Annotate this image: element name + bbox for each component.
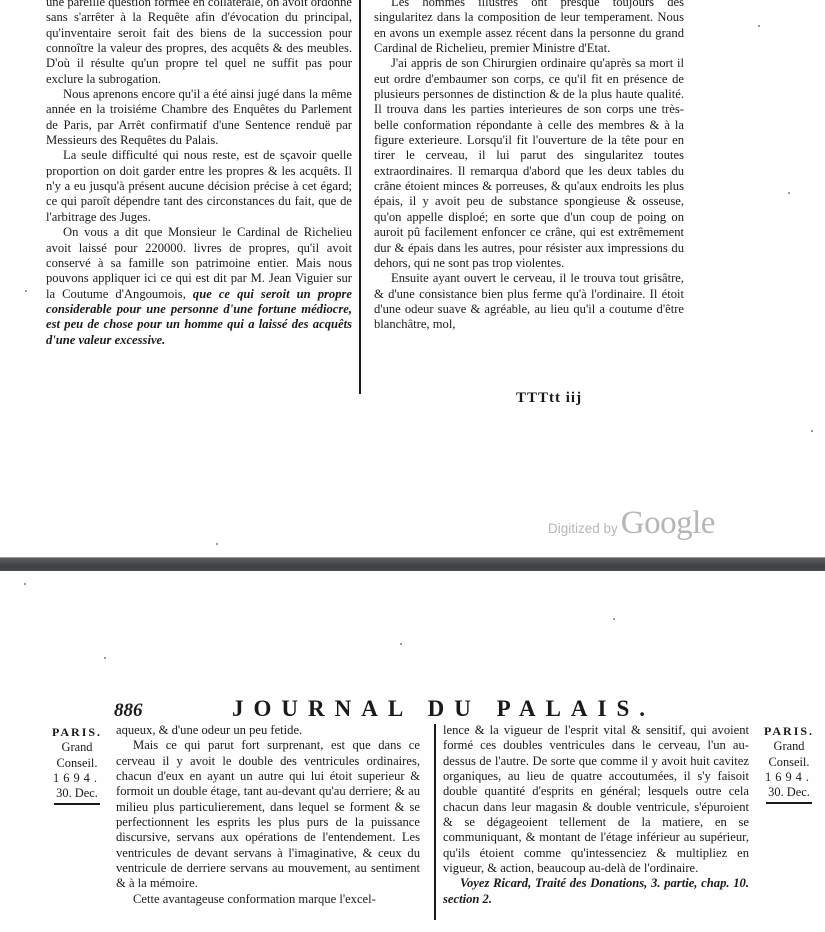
paragraph: lence & la vigueur de l'esprit vital & s… <box>443 723 749 876</box>
margin-date: 30. Dec. <box>44 786 110 801</box>
google-logo: Google <box>621 505 715 542</box>
page-number: 886 <box>114 700 143 722</box>
watermark-prefix: Digitized by <box>548 521 618 536</box>
citation: Voyez Ricard, Traité des Donations, 3. p… <box>443 876 749 907</box>
scan-speck <box>788 192 790 194</box>
margin-court: Grand <box>754 739 824 754</box>
scan-speck <box>400 643 402 645</box>
scan-speck <box>758 25 760 27</box>
scan-speck <box>811 430 813 432</box>
left-margin-note: PARIS. Grand Conseil. 1694. 30. Dec. <box>44 725 110 805</box>
signature-mark: TTTtt iij <box>516 390 582 407</box>
digitized-by-google-watermark: Digitized by Google <box>548 505 715 542</box>
paragraph: une pareille question formée en collater… <box>46 0 352 87</box>
scan-speck <box>104 657 106 659</box>
paragraph: aqueux, & d'une odeur un peu fetide. <box>116 723 420 738</box>
running-title: JOURNAL DU PALAIS. <box>232 696 655 722</box>
paragraph: On vous a dit que Monsieur le Cardinal d… <box>46 225 352 348</box>
margin-city: PARIS. <box>44 725 110 740</box>
paragraph: Mais ce qui parut fort surprenant, est q… <box>116 738 420 891</box>
top-page-scan: une pareille question formée en collater… <box>0 0 825 557</box>
column-divider <box>359 0 361 394</box>
bottom-right-column: lence & la vigueur de l'esprit vital & s… <box>443 723 749 907</box>
margin-city: PARIS. <box>754 724 824 739</box>
paragraph: J'ai appris de son Chirurgien ordinaire … <box>374 56 684 271</box>
margin-court: Conseil. <box>44 756 110 771</box>
column-divider <box>434 724 436 920</box>
paragraph: Les hommes illustres ont presque toujour… <box>374 0 684 56</box>
paragraph: Ensuite ayant ouvert le cerveau, il le t… <box>374 271 684 332</box>
right-margin-note: PARIS. Grand Conseil. 1694. 30. Dec. <box>754 724 824 804</box>
page-separator-bar <box>0 557 825 572</box>
paragraph: Nous aprenons encore qu'il a été ainsi j… <box>46 87 352 148</box>
margin-date: 30. Dec. <box>754 785 824 800</box>
margin-rule <box>54 803 100 805</box>
margin-rule <box>766 802 812 804</box>
paragraph: La seule difficulté qui nous reste, est … <box>46 148 352 225</box>
top-right-column: Les hommes illustres ont presque toujour… <box>374 0 684 333</box>
margin-year: 1694. <box>44 771 110 786</box>
scan-speck <box>216 543 218 545</box>
margin-court: Grand <box>44 740 110 755</box>
margin-court: Conseil. <box>754 755 824 770</box>
scan-speck <box>613 618 615 620</box>
margin-year: 1694. <box>754 770 824 785</box>
top-left-column: une pareille question formée en collater… <box>46 0 352 348</box>
paragraph: Cette avantageuse conformation marque l'… <box>116 892 420 907</box>
scan-speck <box>25 290 27 292</box>
scan-speck <box>24 583 26 585</box>
bottom-left-column: aqueux, & d'une odeur un peu fetide. Mai… <box>116 723 420 907</box>
